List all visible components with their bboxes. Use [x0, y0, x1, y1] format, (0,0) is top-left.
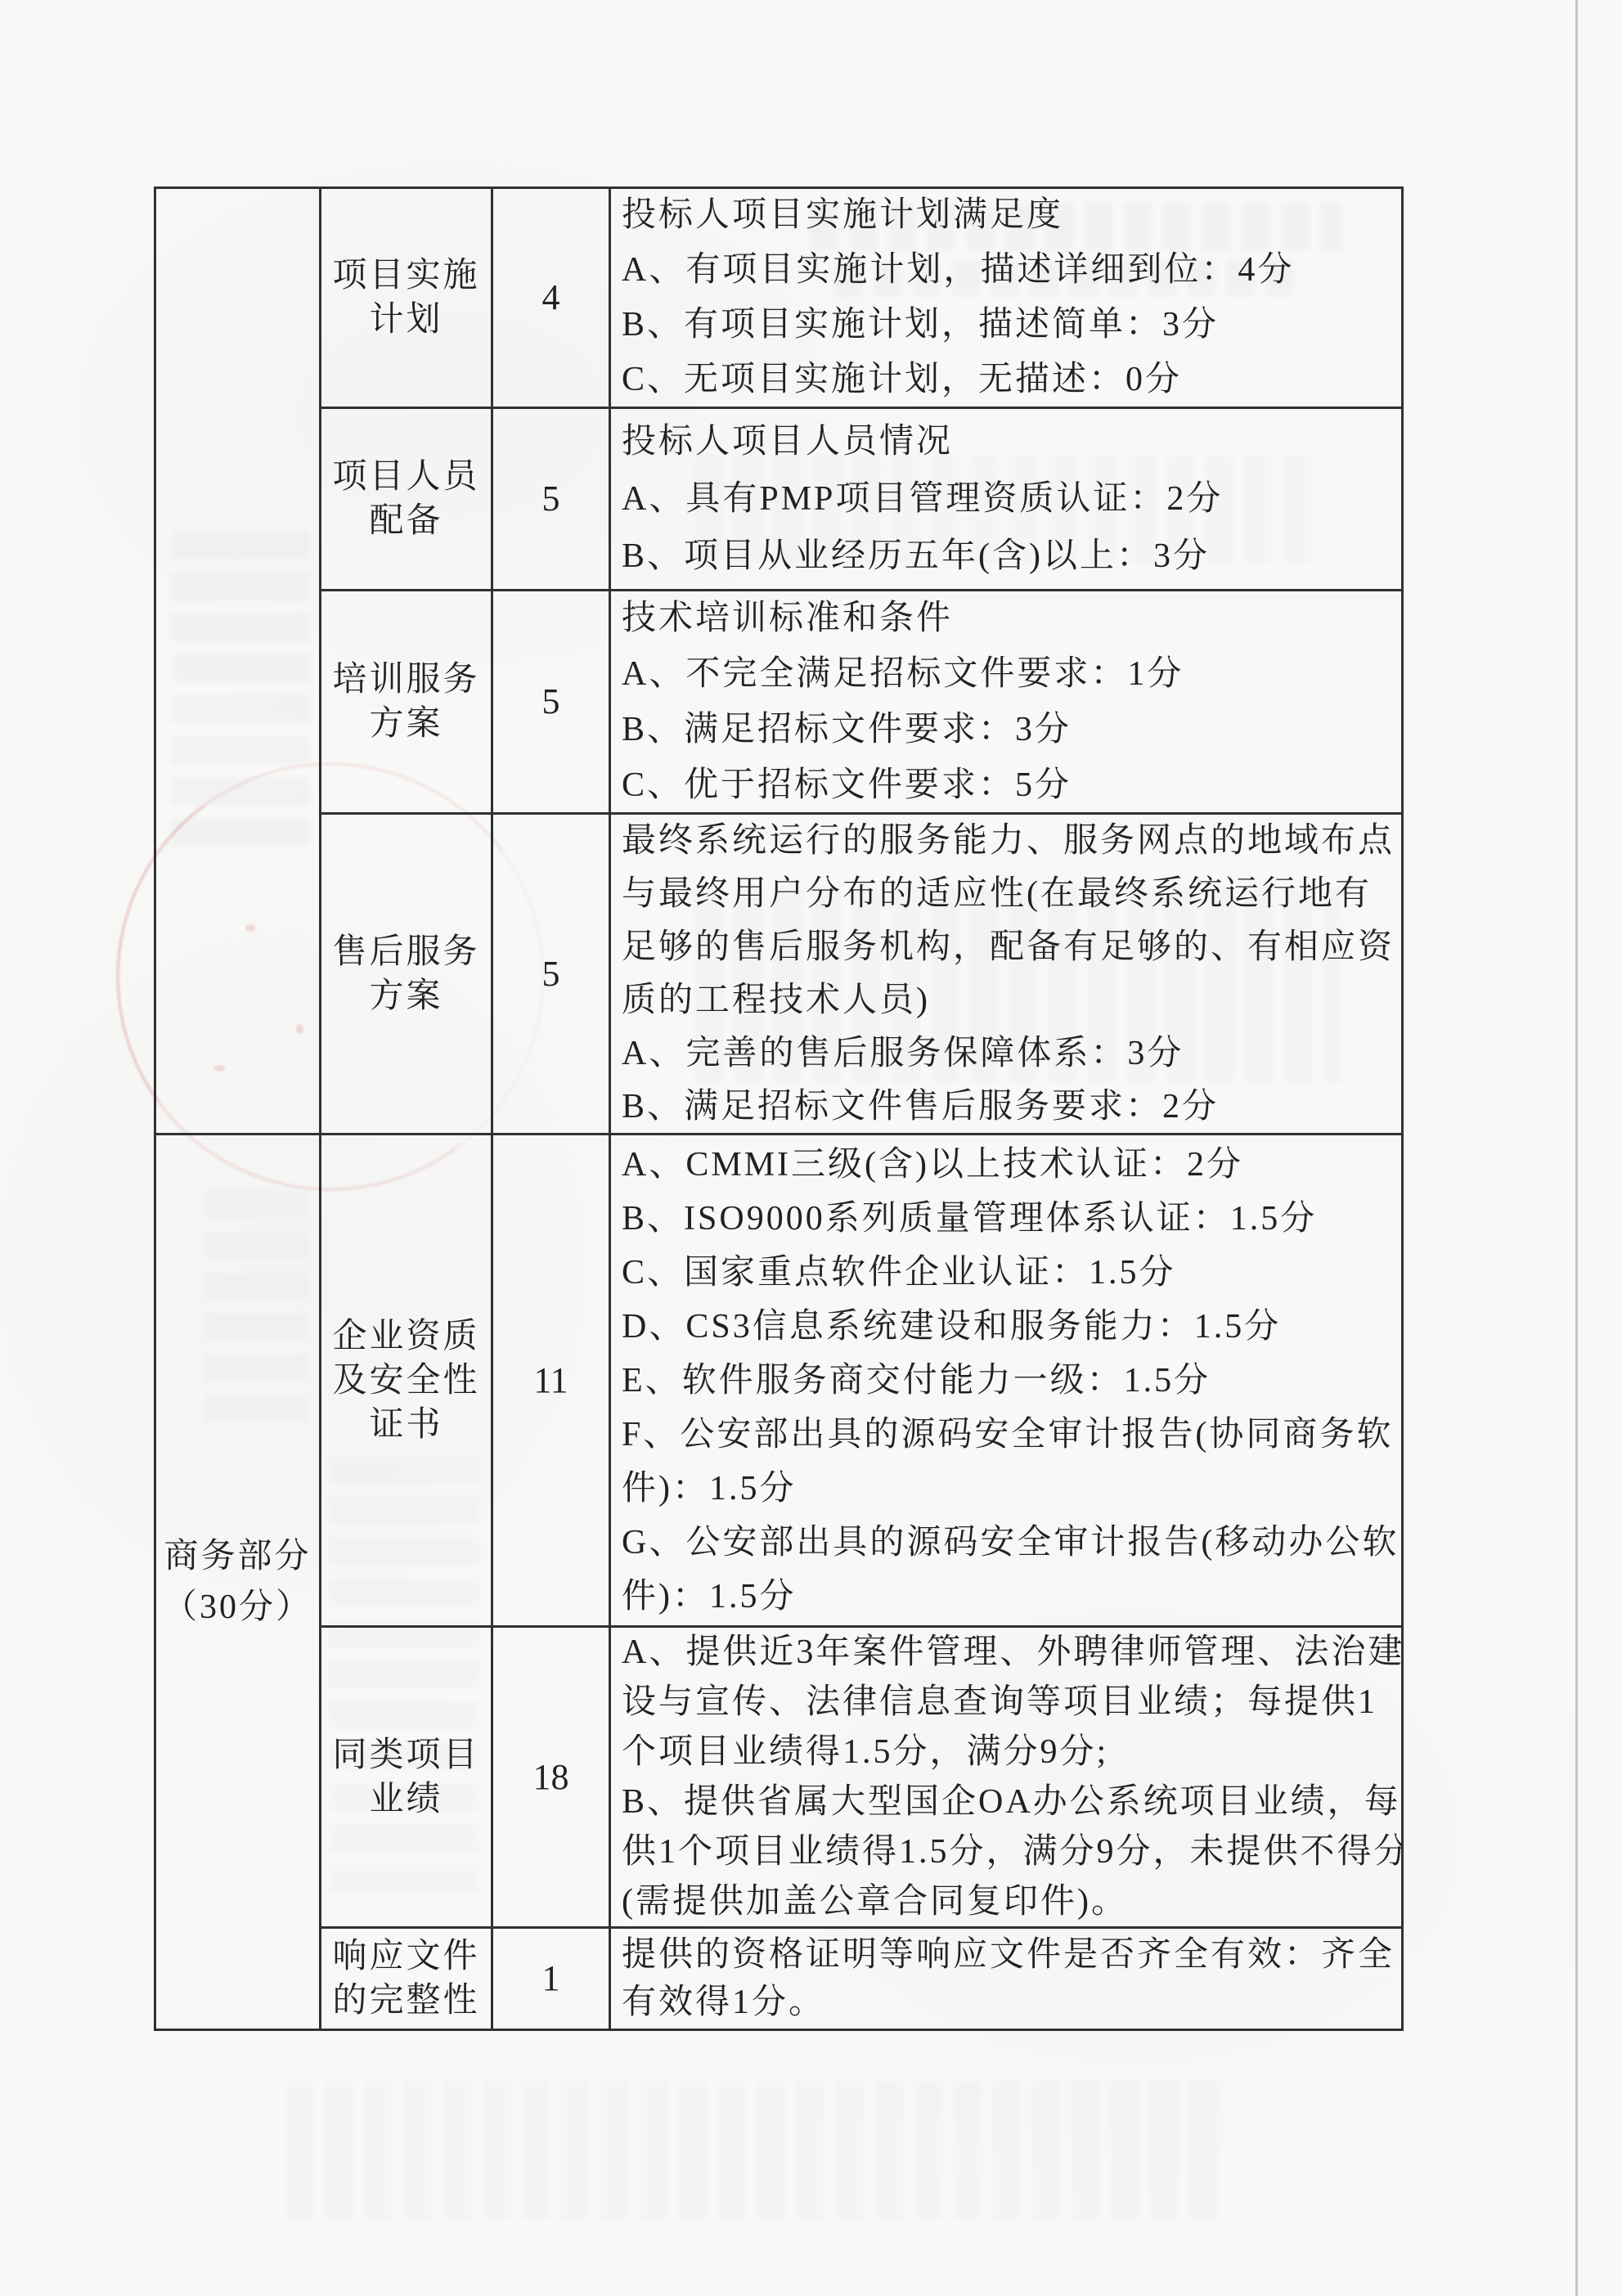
criterion-name-cell: 响应文件 的完整性 [321, 1929, 493, 2029]
criteria-text-line: C、无项目实施计划，无描述：0分 [622, 353, 1182, 407]
criteria-text-line: C、优于招标文件要求：5分 [622, 757, 1072, 813]
criterion-name-line: 售后服务 [332, 930, 479, 974]
criterion-name-line: 及安全性 [332, 1359, 479, 1403]
criterion-name-line: 的完整性 [332, 1979, 479, 2023]
criteria-text-line: A、具有PMP项目管理资质认证：2分 [622, 470, 1223, 528]
criteria-text-line: A、CMMI三级(含)以上技术认证：2分 [622, 1138, 1243, 1192]
criteria-description-cell: A、CMMI三级(含)以上技术认证：2分 B、ISO9000系列质量管理体系认证… [611, 1135, 1401, 1628]
criteria-text-line: A、有项目实施计划，描述详细到位：4分 [622, 243, 1294, 298]
criteria-description-cell: 提供的资格证明等响应文件是否齐全有效：齐全 有效得1分。 [611, 1929, 1401, 2029]
criteria-text-line: (需提供加盖公章合同复印件)。 [622, 1877, 1128, 1927]
criteria-text-line: G、公安部出具的源码安全审计报告(移动办公软 [622, 1516, 1399, 1570]
criteria-text-line: A、提供近3年案件管理、外聘律师管理、法治建 [622, 1628, 1401, 1678]
criteria-text-line: C、国家重点软件企业认证：1.5分 [622, 1246, 1176, 1300]
criteria-text-line: 提供的资格证明等响应文件是否齐全有效：齐全 [622, 1931, 1395, 1979]
criteria-text-line: 有效得1分。 [622, 1979, 825, 2026]
score-value: 5 [542, 680, 560, 724]
criterion-name-line: 方案 [369, 974, 443, 1018]
criteria-text-line: B、满足招标文件要求：3分 [622, 702, 1072, 757]
section-cell-commercial: 商务部分 （30分） [156, 1135, 321, 2029]
criteria-text-line: B、有项目实施计划，描述简单：3分 [622, 298, 1219, 353]
scan-page-edge-line [1575, 0, 1578, 2296]
score-value: 11 [533, 1359, 568, 1403]
criterion-name-line: 响应文件 [332, 1934, 479, 1979]
criteria-text-line: 设与宣传、法律信息查询等项目业绩；每提供1 [622, 1678, 1377, 1728]
criteria-text-line: 投标人项目人员情况 [622, 413, 953, 470]
score-cell: 5 [493, 815, 611, 1135]
score-cell: 4 [493, 189, 611, 409]
criterion-name-line: 证书 [369, 1403, 443, 1447]
criteria-text-line: 件)：1.5分 [622, 1570, 797, 1624]
criterion-name-line: 计划 [369, 298, 443, 342]
criterion-name-cell: 售后服务 方案 [321, 815, 493, 1135]
criteria-description-cell: 最终系统运行的服务能力、服务网点的地域布点 与最终用户分布的适应性(在最终系统运… [611, 815, 1401, 1135]
criterion-name-line: 企业资质 [332, 1314, 479, 1359]
criteria-text-line: B、ISO9000系列质量管理体系认证：1.5分 [622, 1192, 1317, 1246]
score-value: 5 [542, 477, 560, 521]
criteria-text-line: 投标人项目实施计划满足度 [622, 189, 1063, 243]
criteria-text-line: 最终系统运行的服务能力、服务网点的地域布点 [622, 815, 1395, 868]
criteria-text-line: 个项目业绩得1.5分，满分9分; [622, 1728, 1108, 1777]
criterion-name-cell: 同类项目 业绩 [321, 1628, 493, 1929]
evaluation-criteria-table: 商务部分 （30分） 项目实施 计划 4 投标人项目实施计划满足度 A、有项目实… [154, 186, 1404, 2031]
criteria-text-line: F、公安部出具的源码安全审计报告(协同商务软 [622, 1408, 1393, 1462]
criterion-name-line: 培训服务 [332, 658, 479, 702]
criterion-name-line: 配备 [369, 499, 443, 543]
criteria-text-line: 质的工程技术人员) [622, 974, 930, 1027]
criterion-name-line: 项目实施 [332, 254, 479, 298]
score-cell: 18 [493, 1628, 611, 1929]
criteria-description-cell: A、提供近3年案件管理、外聘律师管理、法治建 设与宣传、法律信息查询等项目业绩；… [611, 1628, 1401, 1929]
criteria-text-line: A、完善的售后服务保障体系：3分 [622, 1027, 1184, 1081]
criteria-text-line: A、不完全满足招标文件要求：1分 [622, 646, 1184, 702]
criteria-text-line: 技术培训标准和条件 [622, 591, 953, 646]
score-value: 1 [542, 1957, 560, 2001]
criterion-name-line: 项目人员 [332, 455, 479, 499]
criteria-description-cell: 技术培训标准和条件 A、不完全满足招标文件要求：1分 B、满足招标文件要求：3分… [611, 591, 1401, 815]
criteria-text-line: 与最终用户分布的适应性(在最终系统运行地有 [622, 868, 1372, 921]
bleedthrough-ghost-text [286, 2082, 1227, 2219]
criterion-name-cell: 项目人员 配备 [321, 409, 493, 591]
score-value: 4 [542, 276, 560, 320]
score-value: 5 [542, 952, 560, 996]
score-cell: 5 [493, 409, 611, 591]
section-cell-technical-continued [156, 189, 321, 1135]
section-label-line: （30分） [163, 1582, 312, 1633]
criteria-text-line: B、满足招标文件售后服务要求：2分 [622, 1081, 1219, 1134]
criteria-text-line: 件)：1.5分 [622, 1462, 797, 1516]
criteria-text-line: 足够的售后服务机构，配备有足够的、有相应资 [622, 921, 1395, 974]
criterion-name-line: 方案 [369, 702, 443, 746]
score-cell: 11 [493, 1135, 611, 1628]
criteria-text-line: D、CS3信息系统建设和服务能力：1.5分 [622, 1300, 1281, 1354]
score-cell: 5 [493, 591, 611, 815]
criterion-name-line: 业绩 [369, 1777, 443, 1822]
section-label-line: 商务部分 [164, 1531, 311, 1582]
criterion-name-cell: 培训服务 方案 [321, 591, 493, 815]
criteria-description-cell: 投标人项目实施计划满足度 A、有项目实施计划，描述详细到位：4分 B、有项目实施… [611, 189, 1401, 409]
criteria-text-line: B、项目从业经历五年(含)以上：3分 [622, 528, 1210, 585]
criteria-text-line: E、软件服务商交付能力一级：1.5分 [622, 1354, 1211, 1408]
criteria-text-line: 供1个项目业绩得1.5分，满分9分，未提供不得分 [622, 1827, 1401, 1877]
criteria-text-line: B、提供省属大型国企OA办公系统项目业绩，每提 [622, 1777, 1401, 1827]
score-value: 18 [533, 1755, 569, 1800]
criterion-name-cell: 企业资质 及安全性 证书 [321, 1135, 493, 1628]
criterion-name-cell: 项目实施 计划 [321, 189, 493, 409]
score-cell: 1 [493, 1929, 611, 2029]
criteria-description-cell: 投标人项目人员情况 A、具有PMP项目管理资质认证：2分 B、项目从业经历五年(… [611, 409, 1401, 591]
criterion-name-line: 同类项目 [332, 1733, 479, 1777]
scanned-document-page: 商务部分 （30分） 项目实施 计划 4 投标人项目实施计划满足度 A、有项目实… [0, 0, 1622, 2296]
